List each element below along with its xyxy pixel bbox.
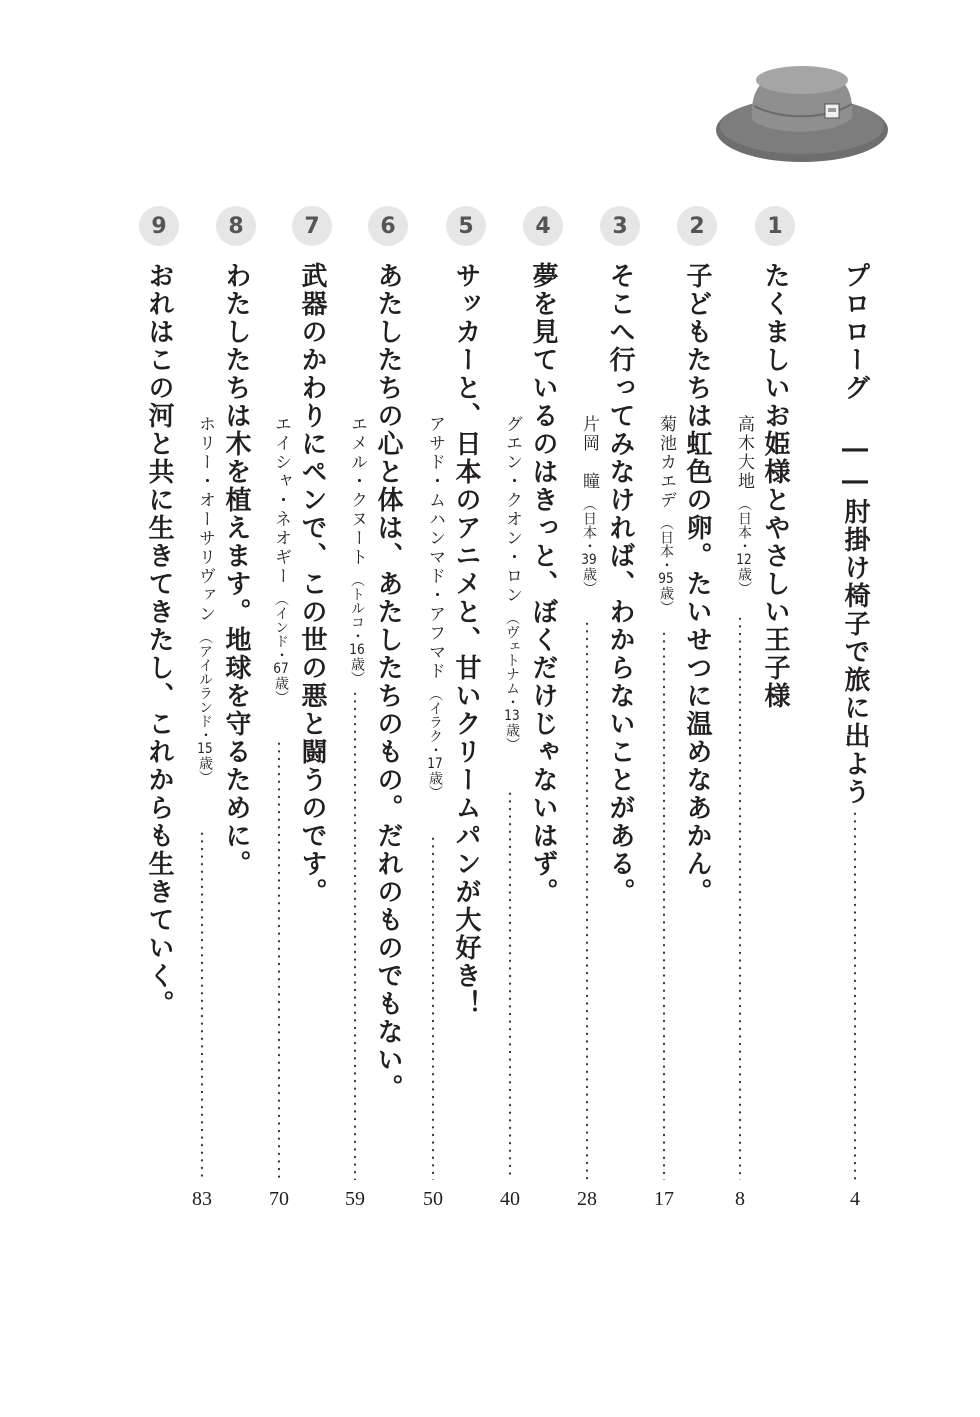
chapter-1-author: 高木大地 （日本・12歳） bbox=[733, 415, 755, 595]
author-name: グエン・クオン・ロン bbox=[501, 415, 523, 605]
author-meta: （日本・12歳） bbox=[733, 497, 755, 595]
chapter-6-page: 59 bbox=[345, 1188, 365, 1211]
chapter-8-badge: 8 bbox=[216, 206, 256, 246]
author-name: ホリー・オーサリヴァン bbox=[194, 415, 216, 624]
chapter-9-title[interactable]: おれはこの河と共に生きてきたし、これからも生きていく。 bbox=[144, 262, 174, 1018]
chapter-6-title[interactable]: あたしたちの心と体は、あたしたちのもの。だれのものでもない。 bbox=[373, 262, 403, 1102]
chapter-5-leader bbox=[431, 835, 435, 1180]
chapter-5-author: アサド・ムハンマド・アフマド （イラク・17歳） bbox=[424, 415, 446, 799]
chapter-4-page: 40 bbox=[500, 1188, 520, 1211]
chapter-3-badge: 3 bbox=[600, 206, 640, 246]
author-name: エイシャ・ネオギー bbox=[270, 415, 292, 586]
chapter-3-author: 片岡 瞳 （日本・39歳） bbox=[578, 415, 600, 595]
chapter-4-title[interactable]: 夢を見ているのはきっと、ぼくだけじゃないはず。 bbox=[528, 262, 558, 906]
author-meta: （トルコ・16歳） bbox=[346, 573, 368, 685]
author-name: 片岡 瞳 bbox=[578, 415, 600, 491]
chapter-4-author: グエン・クオン・ロン （ヴェトナム・13歳） bbox=[501, 415, 523, 751]
chapter-6-badge: 6 bbox=[368, 206, 408, 246]
prologue-title[interactable]: プロローグ ――肘掛け椅子で旅に出よう bbox=[840, 262, 870, 806]
chapter-1-page: 8 bbox=[735, 1188, 745, 1211]
chapter-2-leader bbox=[662, 630, 666, 1180]
chapter-1-leader bbox=[738, 615, 742, 1180]
chapter-8-author: ホリー・オーサリヴァン （アイルランド・15歳） bbox=[194, 415, 216, 784]
chapter-6-leader bbox=[353, 690, 357, 1180]
chapter-8-page: 83 bbox=[192, 1188, 212, 1211]
chapter-3-page: 28 bbox=[577, 1188, 597, 1211]
author-meta: （アイルランド・15歳） bbox=[194, 630, 216, 784]
author-name: アサド・ムハンマド・アフマド bbox=[424, 415, 446, 681]
prologue-leader bbox=[853, 810, 857, 1180]
author-name: エメル・クヌート bbox=[346, 415, 368, 567]
chapter-8-leader bbox=[200, 830, 204, 1180]
author-name: 高木大地 bbox=[733, 415, 755, 491]
chapter-5-badge: 5 bbox=[446, 206, 486, 246]
chapter-2-badge: 2 bbox=[677, 206, 717, 246]
chapter-2-author: 菊池カエデ （日本・95歳） bbox=[655, 415, 677, 614]
chapter-1-badge: 1 bbox=[755, 206, 795, 246]
chapter-8-title[interactable]: わたしたちは木を植えます。地球を守るために。 bbox=[221, 262, 251, 878]
chapter-5-title[interactable]: サッカーと、日本のアニメと、甘いクリームパンが大好き！ bbox=[451, 262, 481, 1018]
chapter-1-title[interactable]: たくましいお姫様とやさしい王子様 bbox=[760, 262, 790, 710]
author-meta: （ヴェトナム・13歳） bbox=[501, 611, 523, 751]
chapter-7-badge: 7 bbox=[292, 206, 332, 246]
chapter-3-title[interactable]: そこへ行ってみなければ、わからないことがある。 bbox=[605, 262, 635, 906]
bucket-hat-illustration bbox=[712, 58, 892, 168]
prologue-page: 4 bbox=[850, 1188, 860, 1211]
chapter-4-badge: 4 bbox=[523, 206, 563, 246]
chapter-7-page: 70 bbox=[269, 1188, 289, 1211]
author-meta: （イラク・17歳） bbox=[424, 687, 446, 799]
chapter-7-leader bbox=[277, 740, 281, 1180]
author-meta: （インド・67歳） bbox=[270, 592, 292, 704]
chapter-6-author: エメル・クヌート （トルコ・16歳） bbox=[346, 415, 368, 685]
chapter-5-page: 50 bbox=[423, 1188, 443, 1211]
author-meta: （日本・39歳） bbox=[578, 497, 600, 595]
author-name: 菊池カエデ bbox=[655, 415, 677, 510]
chapter-2-page: 17 bbox=[654, 1188, 674, 1211]
chapter-7-author: エイシャ・ネオギー （インド・67歳） bbox=[270, 415, 292, 704]
chapter-2-title[interactable]: 子どもたちは虹色の卵。たいせつに温めなあかん。 bbox=[682, 262, 712, 906]
author-meta: （日本・95歳） bbox=[655, 516, 677, 614]
chapter-9-badge: 9 bbox=[139, 206, 179, 246]
chapter-3-leader bbox=[585, 620, 589, 1180]
chapter-7-title[interactable]: 武器のかわりにペンで、この世の悪と闘うのです。 bbox=[297, 262, 327, 906]
chapter-4-leader bbox=[508, 790, 512, 1180]
